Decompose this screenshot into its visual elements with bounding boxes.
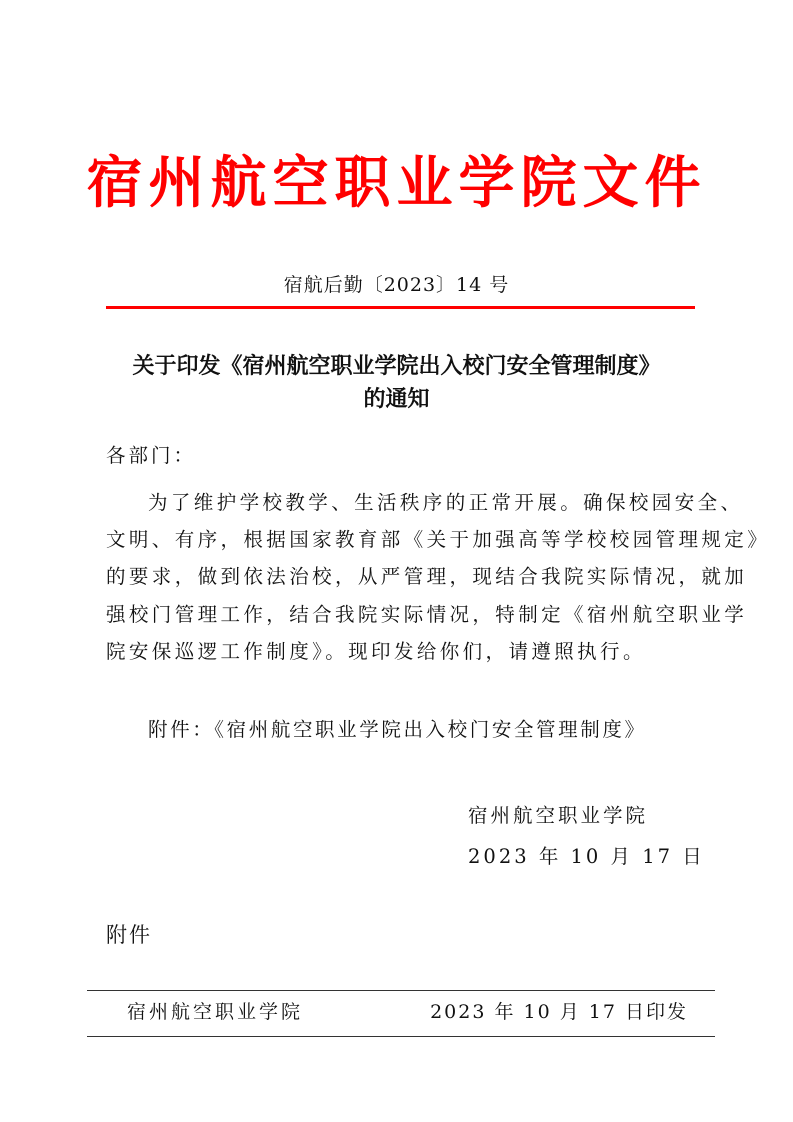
salutation: 各部门： (106, 441, 196, 471)
document-header-title: 宿州航空职业学院文件 (0, 148, 793, 220)
document-number: 宿航后勤〔2023〕14 号 (0, 272, 793, 298)
body-line: 文明、有序，根据国家教育部《关于加强高等学校校园管理规定》 (106, 521, 696, 558)
notice-title: 关于印发《宿州航空职业学院出入校门安全管理制度》 的通知 (90, 350, 703, 416)
attachment-reference: 附件：《宿州航空职业学院出入校门安全管理制度》 (148, 715, 647, 745)
footer-issued-date: 2023 年 10 月 17 日印发 (430, 998, 688, 1026)
header-red-divider (106, 306, 695, 309)
body-line: 为了维护学校教学、生活秩序的正常开展。确保校园安全、 (106, 484, 696, 521)
body-line: 的要求，做到依法治校，从严管理，现结合我院实际情况，就加 (106, 558, 696, 595)
body-line: 强校门管理工作，结合我院实际情况，特制定《宿州航空职业学 (106, 596, 696, 633)
footer-issuer: 宿州航空职业学院 (127, 998, 303, 1026)
signature-date: 2023 年 10 月 17 日 (468, 836, 705, 877)
footer-top-divider (87, 990, 715, 991)
attachment-section-label: 附件 (106, 920, 152, 950)
body-line: 院安保巡逻工作制度》。现印发给你们，请遵照执行。 (106, 633, 696, 670)
notice-title-line-1: 关于印发《宿州航空职业学院出入校门安全管理制度》 (90, 350, 703, 383)
body-paragraph: 为了维护学校教学、生活秩序的正常开展。确保校园安全、 文明、有序，根据国家教育部… (106, 484, 696, 670)
signature-issuer: 宿州航空职业学院 (468, 795, 705, 836)
footer-bottom-divider (87, 1036, 715, 1037)
signature-block: 宿州航空职业学院 2023 年 10 月 17 日 (468, 795, 705, 877)
notice-title-line-2: 的通知 (90, 383, 703, 416)
